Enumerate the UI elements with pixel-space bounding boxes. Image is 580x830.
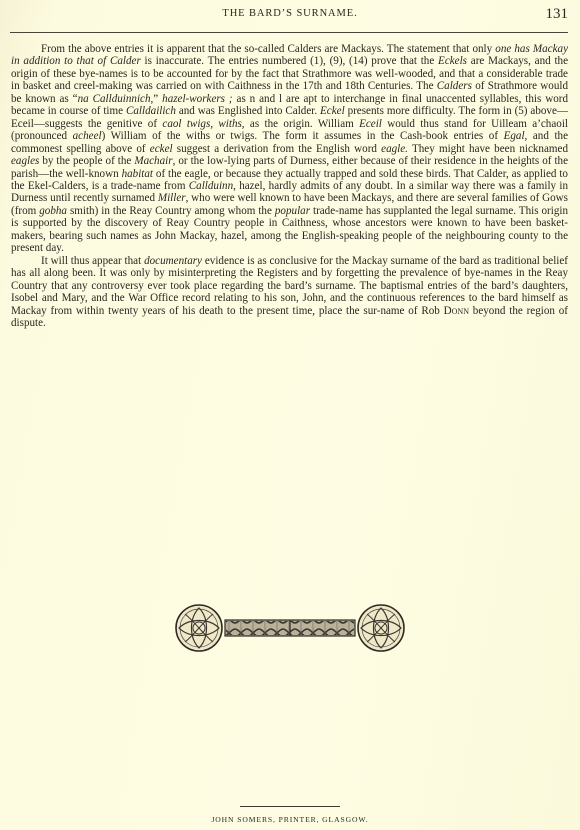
knotwork-band-icon [225,620,355,636]
celtic-knotwork-tailpiece-icon [175,598,405,658]
paragraph: It will thus appear that documentary evi… [11,255,568,330]
footer-rule [240,806,340,807]
paragraph: From the above entries it is apparent th… [11,43,568,255]
running-head: THE BARD’S SURNAME. 131 [10,4,570,24]
right-medallion-icon [358,605,404,651]
body-text: From the above entries it is apparent th… [11,43,568,329]
running-title: THE BARD’S SURNAME. [10,8,570,19]
left-medallion-icon [176,605,222,651]
book-page: THE BARD’S SURNAME. 131 From the above e… [0,0,580,830]
header-rule [10,32,568,33]
page-number: 131 [546,6,569,23]
printer-imprint: JOHN SOMERS, PRINTER, GLASGOW. [0,815,580,824]
